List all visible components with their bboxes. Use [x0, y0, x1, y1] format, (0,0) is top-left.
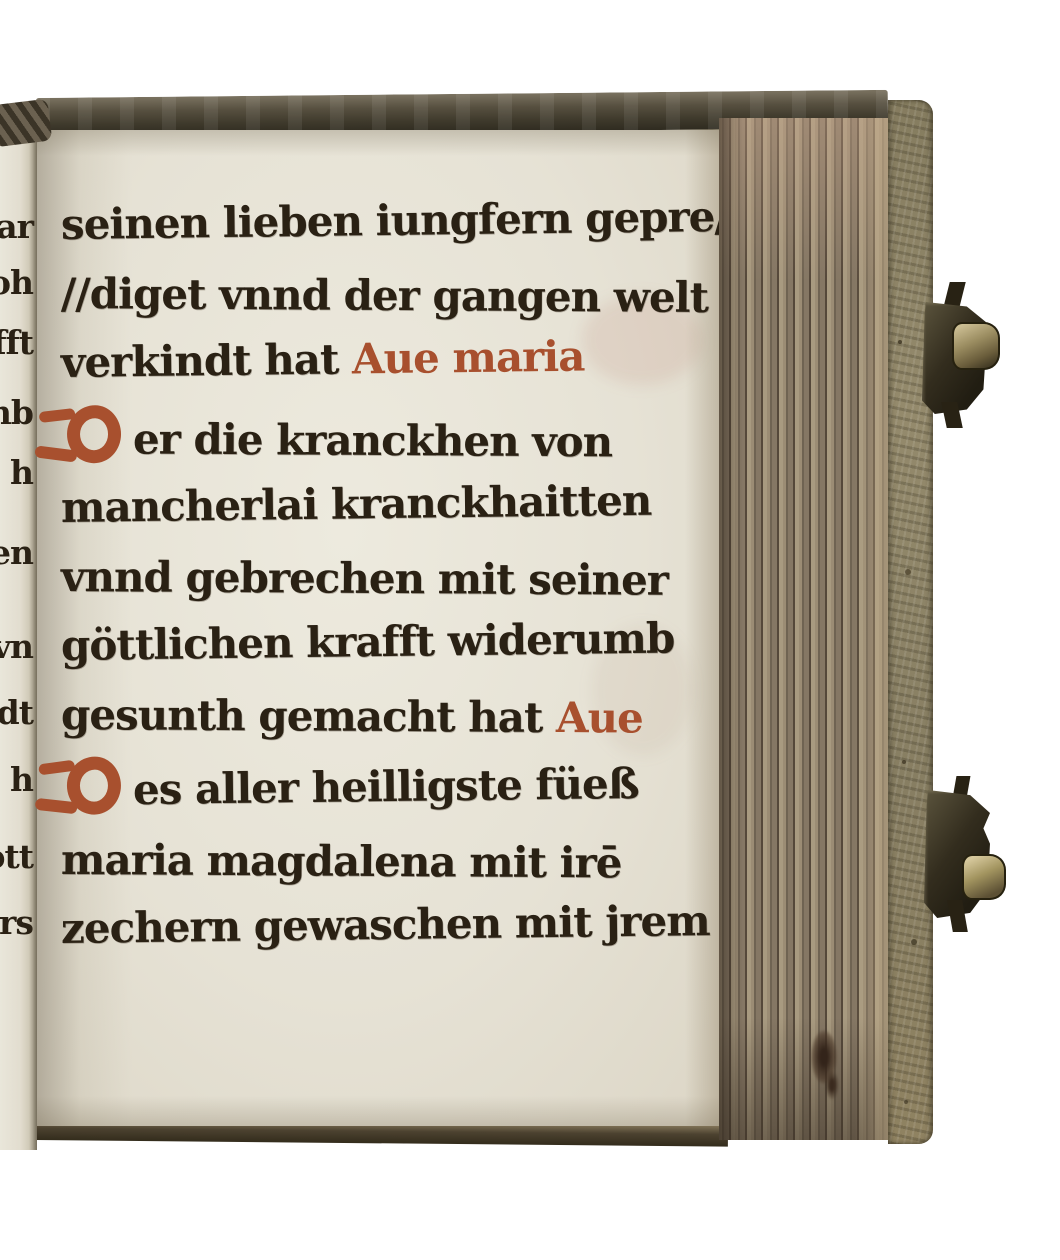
text-segment-ink: vnnd gebrechen mit seiner: [61, 552, 668, 605]
text-segment-ink: es aller heilligste füeß: [133, 759, 639, 814]
manuscript-line: gesunth gemacht hat Aue: [61, 680, 701, 753]
lombard-bowl: [67, 756, 122, 815]
left-page: vart Johfftambda hgenag vnfeindtnden hg …: [0, 126, 37, 1150]
page-top-shadow: [37, 130, 719, 156]
stain: [825, 1070, 839, 1100]
text-segment-ink: verkindt hat: [61, 334, 353, 387]
clasp-roller: [962, 854, 1006, 900]
book-cover-edge: [888, 100, 933, 1144]
page-bottom-shadow: [37, 1096, 719, 1126]
text-segment-ink: göttlichen krafft widerumb: [61, 614, 675, 670]
cover-specks: [898, 340, 902, 344]
manuscript-text: seinen lieben iungfern gepre////diget vn…: [61, 190, 701, 963]
text-segment-ink: maria magdalena mit irē: [61, 835, 622, 887]
text-segment-ink: er die kranckhen von: [133, 414, 612, 466]
text-segment-rubric: Aue maria: [352, 332, 585, 384]
lombard-initial-D: [67, 756, 122, 815]
manuscript-photo: vart Johfftambda hgenag vnfeindtnden hg …: [0, 0, 1060, 1260]
text-segment-rubric: Aue: [556, 693, 643, 743]
lombard-bowl: [67, 405, 121, 463]
fore-edge: [719, 118, 889, 1140]
manuscript-line: göttlichen krafft widerumb: [61, 603, 702, 680]
manuscript-line: seinen lieben iungfern gepre//: [61, 182, 702, 259]
clasp-upper: [916, 282, 1012, 430]
text-segment-ink: mancherlai kranckhaitten: [61, 476, 652, 532]
manuscript-line: es aller heilligste füeß: [61, 748, 702, 825]
text-segment-ink: gesunth gemacht hat: [61, 690, 556, 742]
manuscript-line: mancherlai kranckhaitten: [61, 465, 702, 542]
clasp-lower: [918, 774, 1022, 934]
manuscript-line: verkindt hat Aue maria: [61, 320, 702, 397]
text-segment-ink: zechern gewaschen mit jrem: [61, 896, 710, 953]
headband: [0, 99, 52, 148]
lombard-initial-D: [67, 405, 121, 463]
text-segment-ink: //diget vnnd der gangen welt: [61, 269, 708, 322]
right-page: seinen lieben iungfern gepre////diget vn…: [37, 130, 719, 1126]
manuscript-line: zechern gewaschen mit jrem: [61, 886, 702, 963]
gutter-fold-shadow: [29, 126, 37, 1150]
text-segment-ink: seinen lieben iungfern gepre//: [61, 192, 744, 249]
clasp-roller: [952, 322, 1000, 370]
